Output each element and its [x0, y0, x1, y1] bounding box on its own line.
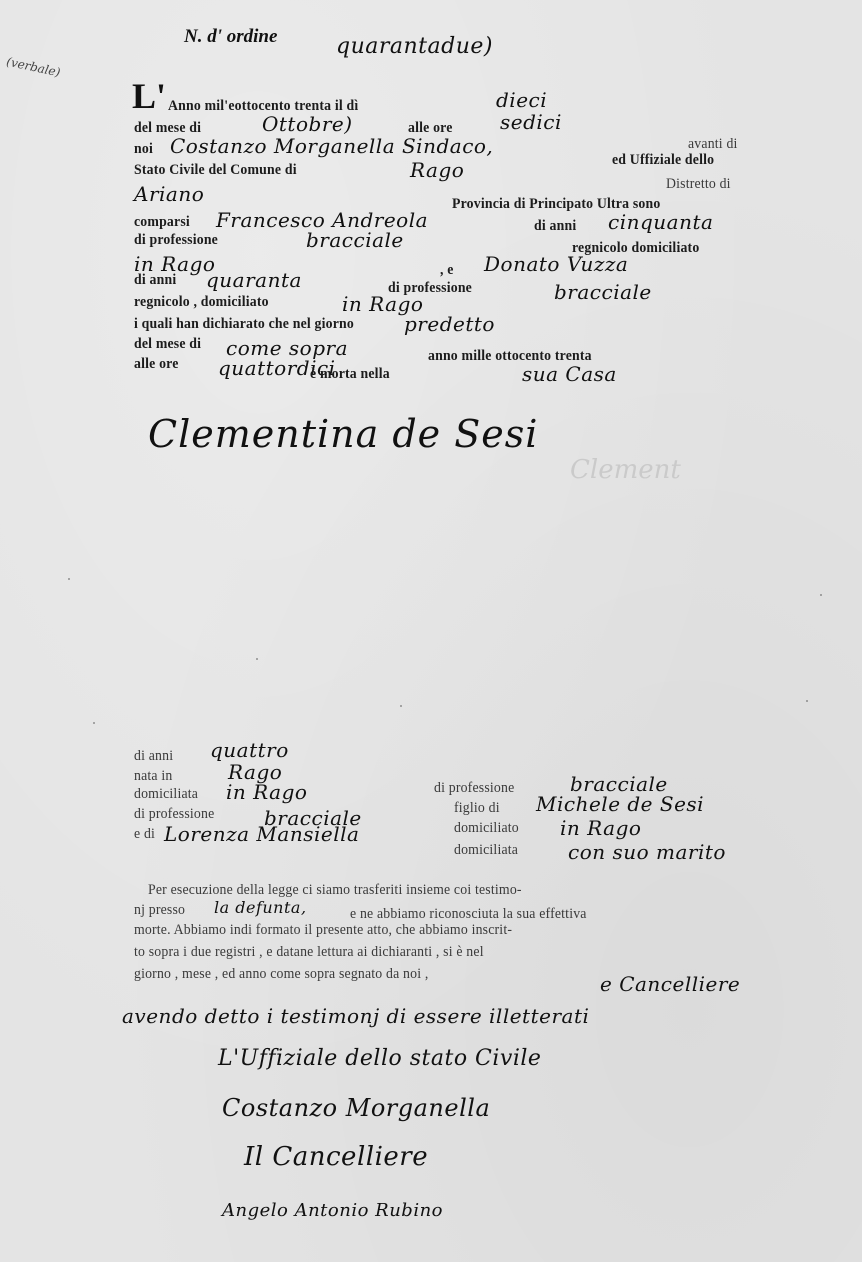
declarant2-age: quaranta [206, 268, 302, 292]
death-place-value: sua Casa [522, 362, 617, 386]
declaration-line3-print-a: alle ore [134, 356, 179, 373]
closing-line2-hand: la defunta, [214, 898, 307, 917]
official-signature: Costanzo Morganella [222, 1094, 490, 1122]
mother-domicile-label: domiciliata [454, 842, 518, 859]
age-label-2: di anni [134, 272, 176, 289]
deceased-name: Clementina de Sesi [148, 412, 538, 456]
closing-line1: Per esecuzione della legge ci siamo tras… [148, 882, 522, 899]
paper-speck [256, 658, 258, 660]
regnicolo-label-2: regnicolo , domiciliato [134, 294, 269, 311]
closing-line2-a: nj presso [134, 902, 185, 919]
declaration-line1-print: i quali han dichiarato che nel giorno [134, 316, 354, 333]
closing-line3: morte. Abbiamo indi formato il presente … [134, 922, 512, 939]
margin-note: (verbale) [5, 54, 61, 79]
paper-speck [400, 705, 402, 707]
declaration-line3-print-b: è morta nella [310, 366, 390, 383]
closing-line2-b: e ne abbiamo riconosciuta la sua effetti… [350, 906, 587, 923]
paper-speck [820, 594, 822, 596]
document-page: (verbale) Clement N. d' ordine quarantad… [0, 0, 862, 1262]
son-of-label: figlio di [454, 800, 500, 817]
father-profession-label: di professione [434, 780, 514, 797]
bleed-through-text: Clement [570, 455, 681, 485]
father-domicile-label: domiciliato [454, 820, 519, 837]
header-line2-print-c: avanti di [688, 136, 738, 153]
paper-speck [93, 722, 95, 724]
clerk-signature: Angelo Antonio Rubino [222, 1200, 443, 1221]
order-number-value: quarantadue) [336, 34, 493, 59]
profession-label-1: di professione [134, 232, 218, 249]
father-name: Michele de Sesi [536, 792, 704, 816]
paper-speck [68, 578, 70, 580]
mother-name: Lorenza Mansiella [164, 822, 359, 846]
drop-cap-initial: L' [132, 78, 166, 114]
header-line3-print-a: noi [134, 141, 153, 158]
declarant2-profession: bracciale [554, 280, 652, 304]
deceased-age: quattro [210, 738, 289, 762]
hour-value: sedici [500, 110, 562, 134]
comune-value: Rago [410, 158, 464, 182]
mother-domicile: con suo marito [568, 840, 726, 864]
clerk-title: Il Cancelliere [244, 1142, 428, 1172]
born-label: nata in [134, 768, 172, 785]
declaration-line2-print-a: del mese di [134, 336, 201, 353]
header-line4-print-a: Stato Civile del Comune di [134, 162, 297, 179]
month-value: Ottobre) [262, 112, 353, 136]
father-domicile: in Rago [560, 816, 641, 840]
comparsi-label: comparsi [134, 214, 190, 231]
distretto-value: Ariano [134, 182, 204, 206]
header-line3-print-b: ed Uffiziale dello [612, 152, 714, 169]
and-label: , e [440, 262, 454, 279]
order-number-label: N. d' ordine [184, 26, 277, 48]
death-day-value: predetto [404, 312, 495, 336]
closing-line5: giorno , mese , ed anno come sopra segna… [134, 966, 429, 983]
deceased-age-label: di anni [134, 748, 173, 765]
closing-line6-hand: avendo detto i testimonj di essere illet… [122, 1004, 589, 1028]
mother-profession-label: di professione [134, 806, 214, 823]
domicile-value: in Rago [226, 780, 307, 804]
paper-speck [806, 700, 808, 702]
day-value: dieci [496, 88, 547, 112]
age-label-1: di anni [534, 218, 576, 235]
and-of-label: e di [134, 826, 155, 843]
declarant2-name: Donato Vuzza [484, 252, 628, 276]
official-title: L'Uffiziale dello stato Civile [218, 1046, 541, 1071]
closing-line5-hand: e Cancelliere [600, 972, 740, 996]
mayor-name: Costanzo Morganella Sindaco, [170, 134, 493, 158]
declarant1-age: cinquanta [608, 210, 713, 234]
header-line4-print-b: Distretto di [666, 176, 731, 193]
domicile-label: domiciliata [134, 786, 198, 803]
declarant1-profession: bracciale [306, 228, 404, 252]
closing-line4: to sopra i due registri , e datane lettu… [134, 944, 484, 961]
